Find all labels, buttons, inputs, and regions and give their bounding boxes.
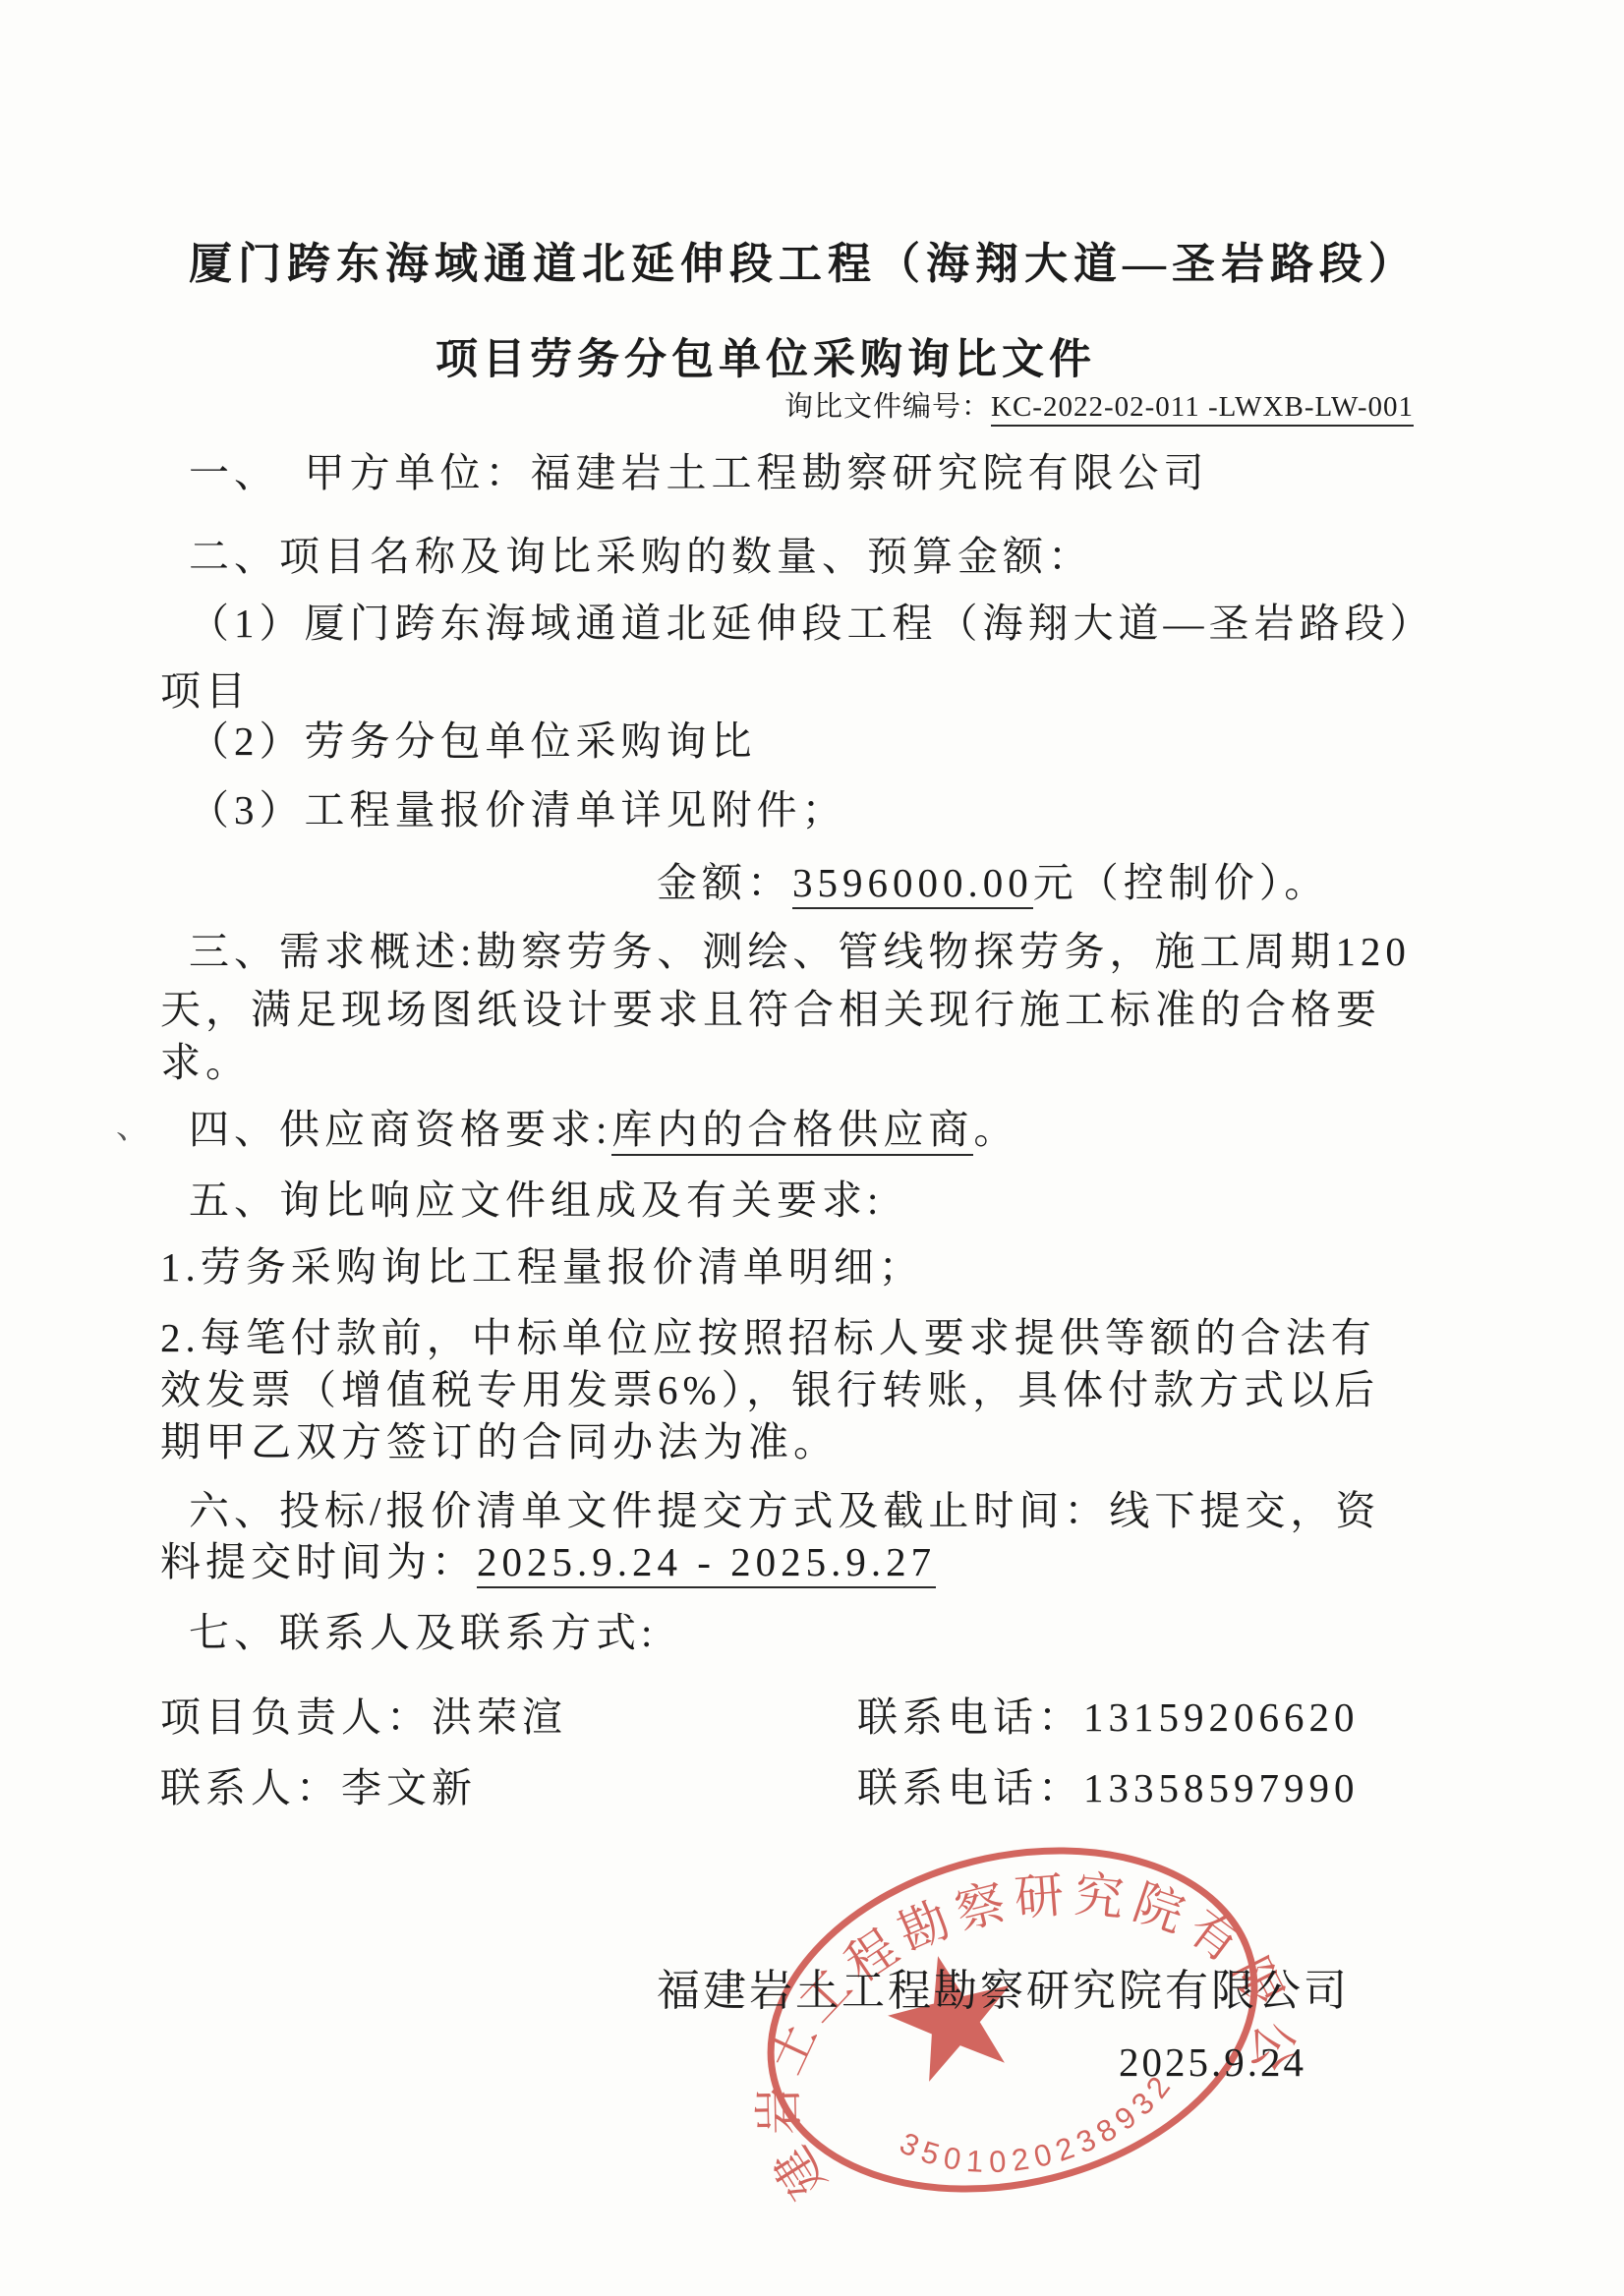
section-6-line2-prefix: 料提交时间为： bbox=[160, 1539, 477, 1584]
section-5-item2-line2: 效发票（增值税专用发票6%），银行转账，具体付款方式以后 bbox=[160, 1367, 1379, 1413]
project-leader-phone: 联系电话：13159206620 bbox=[857, 1694, 1360, 1741]
phone-label-2: 联系电话： bbox=[857, 1765, 1083, 1810]
item-1-line1: （1）厦门跨东海域通道北延伸段工程（海翔大道—圣岩路段） bbox=[189, 601, 1435, 647]
section-6-line1: 六、投标/报价清单文件提交方式及截止时间：线下提交，资 bbox=[189, 1488, 1380, 1534]
document-page: 福建岩土工程勘察研究院有限公司 3501020238932 厦门跨东海域通道北延… bbox=[0, 0, 1624, 2296]
doc-number-label: 询比文件编号： bbox=[784, 391, 991, 423]
section-4-suffix: 。 bbox=[973, 1107, 1018, 1152]
section-1-party-a: 一、 甲方单位：福建岩土工程勘察研究院有限公司 bbox=[189, 450, 1209, 496]
section-3-line1: 三、需求概述:勘察劳务、测绘、管线物探劳务，施工周期120 bbox=[189, 929, 1411, 975]
amount-value: 3596000.00 bbox=[792, 860, 1033, 909]
section-4-line: 四、供应商资格要求:库内的合格供应商。 bbox=[189, 1107, 1018, 1153]
amount-suffix: 元（控制价）。 bbox=[1033, 860, 1330, 905]
section-3-line2: 天，满足现场图纸设计要求且符合相关现行施工标准的合格要 bbox=[160, 987, 1381, 1033]
section-3-line3: 求。 bbox=[160, 1040, 251, 1086]
item-3: （3）工程量报价清单详见附件； bbox=[189, 787, 847, 833]
project-leader-name: 项目负责人：洪荣渲 bbox=[160, 1694, 567, 1741]
contact-person-phone: 联系电话：13358597990 bbox=[857, 1765, 1360, 1811]
phone-value-2: 13358597990 bbox=[1083, 1765, 1360, 1810]
item-1-line2: 项目 bbox=[160, 668, 251, 715]
phone-label-1: 联系电话： bbox=[857, 1694, 1083, 1740]
signature-date: 2025.9.24 bbox=[1119, 2039, 1306, 2086]
phone-value-1: 13159206620 bbox=[1083, 1694, 1360, 1740]
text-layer: 厦门跨东海域通道北延伸段工程（海翔大道—圣岩路段） 项目劳务分包单位采购询比文件… bbox=[0, 0, 1624, 2296]
doc-number-line: 询比文件编号：KC-2022-02-011 -LWXB-LW-001 bbox=[784, 391, 1414, 424]
item-2: （2）劳务分包单位采购询比 bbox=[189, 718, 757, 765]
doc-number-value: KC-2022-02-011 -LWXB-LW-001 bbox=[991, 391, 1414, 427]
section-2-heading: 二、项目名称及询比采购的数量、预算金额： bbox=[189, 534, 1093, 580]
document-title-line2: 项目劳务分包单位采购询比文件 bbox=[435, 336, 1096, 384]
signature-company-name: 福建岩土工程勘察研究院有限公司 bbox=[657, 1967, 1350, 2017]
contact-person-name: 联系人：李文新 bbox=[160, 1765, 477, 1811]
section-7-heading: 七、联系人及联系方式: bbox=[189, 1610, 657, 1656]
amount-line: 金额：3596000.00元（控制价）。 bbox=[657, 860, 1329, 906]
stray-margin-mark: 、 bbox=[116, 1109, 154, 1147]
section-5-item2-line1: 2.每笔付款前，中标单位应按照招标人要求提供等额的合法有 bbox=[160, 1315, 1376, 1361]
section-4-prefix: 四、供应商资格要求: bbox=[189, 1107, 611, 1152]
submission-dates: 2025.9.24 - 2025.9.27 bbox=[477, 1539, 936, 1588]
section-6-line2: 料提交时间为：2025.9.24 - 2025.9.27 bbox=[160, 1539, 936, 1585]
section-4-underlined: 库内的合格供应商 bbox=[611, 1107, 973, 1156]
section-5-item1: 1.劳务采购询比工程量报价清单明细； bbox=[160, 1244, 924, 1291]
section-5-item2-line3: 期甲乙双方签订的合同办法为准。 bbox=[160, 1419, 839, 1465]
amount-label: 金额： bbox=[657, 860, 792, 905]
document-title-line1: 厦门跨东海域通道北延伸段工程（海翔大道—圣岩路段） bbox=[189, 240, 1418, 290]
section-5-heading: 五、询比响应文件组成及有关要求: bbox=[189, 1177, 883, 1224]
